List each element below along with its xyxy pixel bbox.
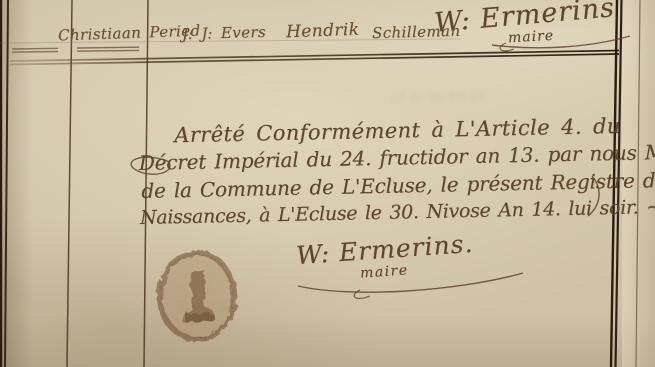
mayor-title-top: maire: [508, 28, 555, 46]
witness-signature-2: J: J: Evers: [182, 23, 266, 43]
witness-signature-3: Hendrik: [286, 20, 360, 43]
empty-cell-dash-2: [77, 47, 139, 51]
empty-cell-dash-1: [12, 48, 58, 52]
column-rule-1: [67, 0, 72, 367]
register-page-scan: ul ni mrtn el nv tr ae Christiaan Peried…: [0, 0, 655, 367]
closing-statement: Arrêté Conformément à L'Article 4. du Dé…: [138, 113, 652, 242]
left-inner-rule: [5, 0, 8, 367]
mayor-title-closing: maire: [360, 262, 410, 281]
maire-underline-loop: [354, 290, 370, 298]
oval-seal-stamp: [152, 248, 244, 344]
ink-bleedthrough: ul ni mrtn el: [390, 87, 484, 107]
maire-underline-center: [298, 273, 523, 292]
